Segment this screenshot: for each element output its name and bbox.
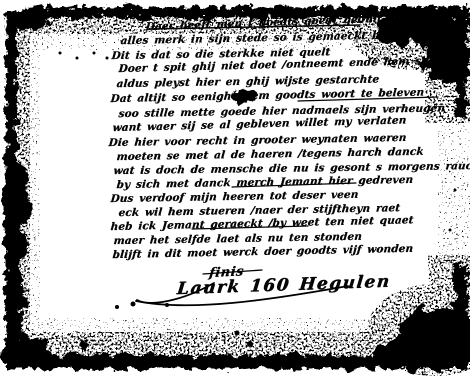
scanned-manuscript-page: Daer heeft men t goedts goedt gedult ged… — [0, 0, 470, 377]
manuscript-line: wat is doch de mensche die nu is gesont … — [113, 160, 470, 177]
handwriting-layer: Daer heeft men t goedts goedt gedult ged… — [0, 0, 470, 377]
manuscript-line: by sich met danck merch Jemant hier gedr… — [116, 174, 414, 191]
